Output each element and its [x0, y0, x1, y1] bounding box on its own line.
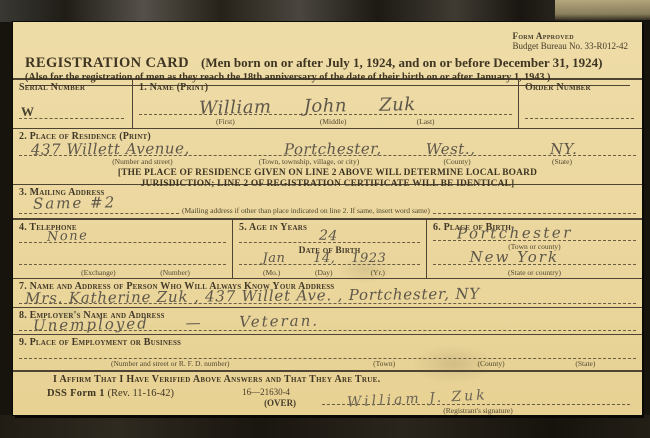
residence-line: 437 Willett Avenue, Portchester, West., … — [19, 142, 636, 156]
name-label: 1. Name (Print) — [133, 80, 518, 93]
order-number-label: Order Number — [519, 80, 642, 93]
employer-value: Unemployed — Veteran. — [33, 312, 319, 335]
title-line: REGISTRATION CARD (Men born on or after … — [25, 54, 602, 72]
local-board-notice-line1: [THE PLACE OF RESIDENCE GIVEN ON LINE 2 … — [13, 168, 642, 179]
birth-state-line: New York — [433, 264, 636, 265]
age-line: 24 — [239, 242, 420, 243]
row-employer: 8. Employer's Name and Address Unemploye… — [13, 308, 642, 335]
form-approved-line: Form Approved — [513, 31, 628, 41]
telephone-line2 — [19, 264, 226, 265]
form-id-revision: (Rev. 11-16-42) — [107, 388, 174, 399]
budget-bureau-line: Budget Bureau No. 33-R012-42 — [513, 41, 628, 51]
employer-line: Unemployed — Veteran. — [19, 330, 636, 331]
residence-state-value: NY. — [550, 140, 578, 158]
birth-state-value: New York — [470, 248, 560, 266]
mailing-address-value: Same #2 — [33, 193, 117, 212]
print-code: 16—21630-4 — [236, 388, 296, 397]
residence-sub-street: (Number and street) — [112, 157, 172, 166]
telephone-sub-exchange: (Exchange) — [81, 268, 116, 277]
employment-sub-state: (State) — [575, 359, 595, 368]
name-field: 1. Name (Print) William John Zuk (First)… — [132, 80, 518, 128]
residence-sublabels: (Number and street) (Town, township, vil… — [19, 157, 636, 166]
date-of-birth-line: Jan 14, 1923 — [239, 264, 420, 265]
residence-town-value: Portchester, — [284, 140, 382, 159]
mailing-dash-left — [19, 213, 179, 214]
dob-sublabels: (Mo.) (Day) (Yr.) — [233, 268, 426, 277]
telephone-value: None — [47, 228, 89, 244]
serial-number-field: Serial Number W — [13, 80, 132, 128]
mailing-address-line: (Mailing address if other than place ind… — [19, 202, 636, 214]
registration-card: Form Approved Budget Bureau No. 33-R012-… — [13, 22, 642, 415]
telephone-sub-number: (Number) — [160, 268, 190, 277]
name-value: William John Zuk — [199, 94, 416, 119]
card-title-note: (Men born on or after July 1, 1924, and … — [201, 55, 602, 70]
order-number-field: Order Number — [518, 80, 642, 128]
affirmation-statement: I Affirm That I Have Verified Above Answ… — [13, 372, 642, 385]
form-table: Serial Number W 1. Name (Print) William … — [13, 78, 642, 415]
dob-sub-year: (Yr.) — [371, 268, 385, 277]
telephone-line: None — [19, 242, 226, 243]
form-id: DSS Form 1 (Rev. 11-16-42) — [21, 388, 174, 399]
row-place-of-employment: 9. Place of Employment or Business (Numb… — [13, 335, 642, 372]
mailing-address-sublabel: (Mailing address if other than place ind… — [182, 206, 430, 215]
scan-frame-bottom — [0, 415, 650, 438]
contact-person-value: Mrs. Katherine Zuk , 437 Willet Ave. , P… — [25, 285, 480, 308]
contact-person-line: Mrs. Katherine Zuk , 437 Willet Ave. , P… — [19, 303, 636, 304]
dob-month-value: Jan — [263, 251, 286, 266]
dob-day-value: 14, — [313, 251, 335, 266]
scan-frame-top-right — [555, 0, 650, 20]
name-sub-middle: (Middle) — [320, 117, 347, 126]
birth-state-sublabel-row: (State or country) — [427, 268, 642, 277]
residence-sub-county: (County) — [444, 157, 471, 166]
form-id-name: DSS Form 1 — [47, 388, 105, 399]
order-number-line — [525, 108, 634, 119]
row-contact-person: 7. Name and Address of Person Who Will A… — [13, 279, 642, 308]
card-footer: DSS Form 1 (Rev. 11-16-42) 16—21630-4 (O… — [13, 385, 642, 415]
name-sub-last: (Last) — [417, 117, 435, 126]
name-line: William John Zuk — [139, 98, 512, 115]
employment-sub-town: (Town) — [373, 359, 395, 368]
birth-state-sublabel: (State or country) — [508, 268, 561, 277]
name-sub-first: (First) — [216, 117, 235, 126]
row-telephone-age-birth: 4. Telephone None (Exchange) (Number) 5.… — [13, 220, 642, 279]
scan-frame-top — [0, 0, 650, 22]
dob-sub-day: (Day) — [315, 268, 333, 277]
row-serial-name-order: Serial Number W 1. Name (Print) William … — [13, 80, 642, 129]
mailing-dash-right — [433, 213, 636, 214]
employment-sub-street: (Number and street or R. F. D. number) — [111, 359, 230, 368]
card-header: Form Approved Budget Bureau No. 33-R012-… — [13, 22, 642, 78]
signature-block: William J. Zuk (Registrant's signature) — [322, 388, 634, 415]
residence-sub-town: (Town, township, village, or city) — [259, 157, 360, 166]
employment-place-label: 9. Place of Employment or Business — [13, 335, 642, 348]
place-of-birth-field: 6. Place of Birth Portchester (Town or c… — [426, 220, 642, 278]
residence-sub-state: (State) — [552, 157, 572, 166]
name-sublabels: (First) (Middle) (Last) — [133, 117, 518, 126]
signature-line: William J. Zuk — [322, 394, 630, 405]
over-note: (OVER) — [264, 399, 296, 408]
telephone-field: 4. Telephone None (Exchange) (Number) — [13, 220, 232, 278]
age-field: 5. Age in Years 24 Date of Birth Jan 14,… — [232, 220, 426, 278]
row-mailing-address: 3. Mailing Address (Mailing address if o… — [13, 185, 642, 220]
form-approval: Form Approved Budget Bureau No. 33-R012-… — [513, 31, 628, 51]
card-title: REGISTRATION CARD — [25, 55, 189, 71]
birth-town-value: Portchester — [457, 223, 573, 242]
residence-county-value: West., — [426, 140, 475, 158]
row-place-of-residence: 2. Place of Residence (Print) 437 Willet… — [13, 129, 642, 185]
serial-number-value: W — [21, 104, 34, 120]
serial-number-line: W — [19, 102, 124, 119]
employment-sublabels: (Number and street or R. F. D. number) (… — [13, 359, 642, 368]
dob-sub-month: (Mo.) — [263, 268, 280, 277]
telephone-sublabels: (Exchange) (Number) — [13, 268, 232, 277]
birth-town-line: Portchester — [433, 240, 636, 241]
print-code-block: 16—21630-4 (OVER) — [236, 388, 296, 408]
age-value: 24 — [318, 228, 337, 245]
employment-sub-county: (County) — [477, 359, 504, 368]
dob-year-value: 1923 — [351, 251, 386, 266]
serial-number-label: Serial Number — [13, 80, 132, 93]
residence-street-value: 437 Willett Avenue, — [31, 139, 190, 158]
